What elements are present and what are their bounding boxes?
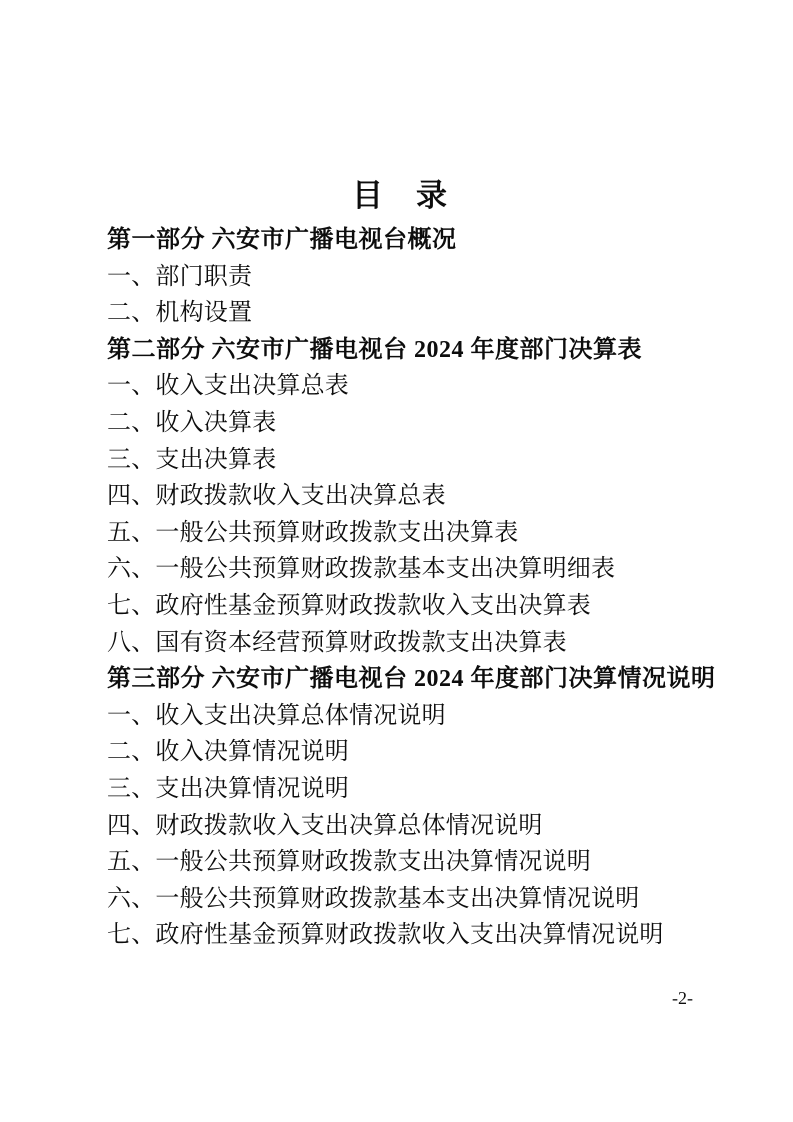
toc-entry: 六、一般公共预算财政拨款基本支出决算明细表 [107,551,719,588]
toc-section-3: 第三部分 六安市广播电视台 2024 年度部门决算情况说明 一、收入支出决算总体… [107,661,719,954]
toc-entry: 四、财政拨款收入支出决算总表 [107,478,719,515]
toc-entry: 二、机构设置 [107,295,719,332]
toc-section-1: 第一部分 六安市广播电视台概况 一、部门职责 二、机构设置 [107,222,719,332]
toc-entry: 四、财政拨款收入支出决算总体情况说明 [107,808,719,845]
table-of-contents: 第一部分 六安市广播电视台概况 一、部门职责 二、机构设置 第二部分 六安市广播… [107,222,719,954]
toc-entry: 三、支出决算表 [107,442,719,479]
toc-entry: 一、收入支出决算总体情况说明 [107,698,719,735]
toc-entry: 七、政府性基金预算财政拨款收入支出决算表 [107,588,719,625]
toc-entry: 六、一般公共预算财政拨款基本支出决算情况说明 [107,881,719,918]
toc-entry: 二、收入决算表 [107,405,719,442]
toc-entry: 三、支出决算情况说明 [107,771,719,808]
toc-entry: 五、一般公共预算财政拨款支出决算表 [107,515,719,552]
toc-entry: 五、一般公共预算财政拨款支出决算情况说明 [107,844,719,881]
toc-entry: 二、收入决算情况说明 [107,734,719,771]
toc-section-1-heading: 第一部分 六安市广播电视台概况 [107,222,719,259]
document-page: 目 录 第一部分 六安市广播电视台概况 一、部门职责 二、机构设置 第二部分 六… [0,0,793,1122]
toc-entry: 一、收入支出决算总表 [107,368,719,405]
toc-section-2-heading: 第二部分 六安市广播电视台 2024 年度部门决算表 [107,332,719,369]
page-title: 目 录 [107,176,693,216]
toc-section-2: 第二部分 六安市广播电视台 2024 年度部门决算表 一、收入支出决算总表 二、… [107,332,719,661]
toc-entry: 一、部门职责 [107,259,719,296]
toc-entry: 七、政府性基金预算财政拨款收入支出决算情况说明 [107,917,719,954]
toc-section-3-heading: 第三部分 六安市广播电视台 2024 年度部门决算情况说明 [107,661,719,698]
page-number: -2- [0,988,693,1009]
toc-entry: 八、国有资本经营预算财政拨款支出决算表 [107,625,719,662]
